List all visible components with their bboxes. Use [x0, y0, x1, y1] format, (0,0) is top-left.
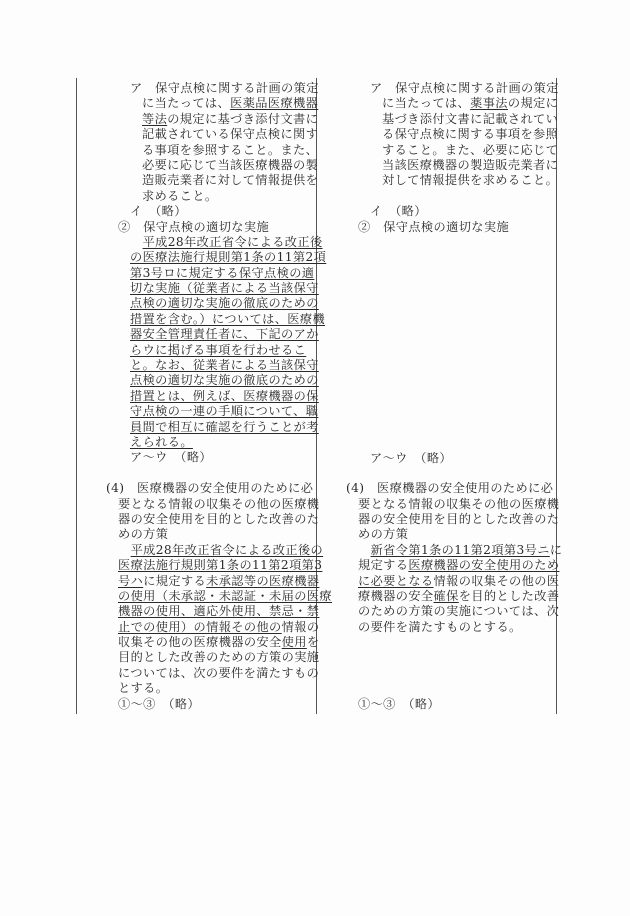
right-item-4-body-blank: [322, 635, 554, 697]
underlined-text: の使用（未承認・未認証・未届の医療: [118, 589, 332, 603]
left-item-4-body: 平成28年改正省令による改正後の医療法施行規則第1条の11第2項第3号ハに規定す…: [82, 543, 314, 697]
text-line: 第3号ロに規定する保守点検の適: [82, 266, 314, 281]
text-line: らウに掲げる事項を行わせるこ: [82, 343, 314, 358]
text-line: 員間で相互に確認を行うことが考: [82, 420, 314, 435]
text-run: (4) 医療機器の安全使用のために必: [346, 481, 553, 495]
text-run: に当たっては、: [382, 96, 470, 110]
text-line: すること。また、必要に応じて: [322, 143, 554, 158]
text-run: に規定する: [143, 574, 206, 588]
text-line: 点検の適切な実施の徹底のための: [82, 296, 314, 311]
text-line: る保守点検に関する事項を参照: [322, 127, 554, 142]
underlined-text: 措置を含む。）については、医療機: [130, 312, 325, 326]
text-run: を: [307, 635, 320, 649]
text-line: 基づき添付文書に記載されてい: [322, 112, 554, 127]
underlined-text: 医薬品医療機器: [230, 96, 318, 110]
text-run: 要となる情報の収集その他の医療機: [358, 497, 559, 511]
underlined-text: 第3号ロに規定する保守点検の適: [130, 266, 314, 280]
text-run: すること。また、必要に応じて: [382, 143, 558, 157]
underlined-text: 確保: [434, 589, 459, 603]
text-line: めの方策: [82, 527, 314, 542]
left-item-2-body: 平成28年改正省令による改正後の医療法施行規則第1条の11第2項第3号ロに規定す…: [82, 235, 314, 450]
text-run: については、次の要件を満たすもの: [118, 666, 319, 680]
underlined-text: に必要となる: [358, 574, 434, 588]
text-line: 器の安全使用を目的とした改善のた: [322, 512, 554, 527]
underlined-text: 機器の使用、適応外使用、禁忌・禁: [118, 604, 319, 618]
text-run: 要となる情報の収集その他の医療機: [118, 497, 319, 511]
underlined-text: 点検の適切な実施の徹底のための: [130, 296, 319, 310]
text-line: のための方策の実施については、次: [322, 604, 554, 619]
text-line: に必要となる情報の収集その他の医: [322, 574, 554, 589]
text-run: [358, 543, 371, 557]
right-item-2-heading: ② 保守点検の適切な実施: [322, 220, 554, 235]
text-line: 医療法施行規則第1条の11第2項第3: [82, 558, 314, 573]
text-run: [130, 235, 143, 249]
text-run: 療機器の安全: [358, 589, 434, 603]
text-line: とする。: [82, 681, 314, 696]
left-item-a-to-u: ア～ウ （略）: [82, 450, 314, 465]
text-run: に: [550, 543, 563, 557]
text-run: に当たっては、: [142, 96, 230, 110]
text-run: 必要に応じて当該医療機器の製: [142, 158, 318, 172]
text-line: については、次の要件を満たすもの: [82, 666, 314, 681]
text-line: 対して情報提供を求めること。: [322, 173, 554, 188]
text-line: る事項を参照すること。また、: [82, 143, 314, 158]
text-line: 切な実施（従業者による当該保守: [82, 281, 314, 296]
text-line: の要件を満たすものとする。: [322, 620, 554, 635]
left-item-4-heading: (4) 医療機器の安全使用のために必要となる情報の収集その他の医療機器の安全使用…: [82, 481, 314, 543]
underlined-text: の医療法施行規則第1条の11第2項: [130, 250, 326, 264]
text-line: 当該医療機器の製造販売業者に: [322, 158, 554, 173]
text-line: 要となる情報の収集その他の医療機: [82, 497, 314, 512]
left-item-1-to-3: ①～③ （略）: [82, 697, 314, 712]
text-run: (4) 医療機器の安全使用のために必: [106, 481, 313, 495]
text-line: 平成28年改正省令による改正後: [82, 235, 314, 250]
text-line: 要となる情報の収集その他の医療機: [322, 497, 554, 512]
text-line: 等法の規定に基づき添付文書に: [82, 112, 314, 127]
underlined-text: 点検の適切な実施の徹底のための: [130, 373, 319, 387]
spacer: [82, 466, 314, 481]
text-line: 機器の使用、適応外使用、禁忌・禁: [82, 604, 314, 619]
underlined-text: 医療機器の安全使用のため: [408, 558, 559, 572]
right-item-i: イ （略）: [322, 204, 554, 219]
right-item-4-heading: (4) 医療機器の安全使用のために必要となる情報の収集その他の医療機器の安全使用…: [322, 481, 554, 543]
text-run: 目的とした改善のための方策の実施: [118, 650, 319, 664]
left-item-a: ア 保守点検に関する計画の策定に当たっては、医薬品医療機器等法の規定に基づき添付…: [82, 81, 314, 204]
underlined-text: 等法: [142, 112, 167, 126]
right-column-current: ア 保守点検に関する計画の策定に当たっては、薬事法の規定に基づき添付文書に記載さ…: [322, 81, 554, 712]
text-run: 器の安全使用を目的とした改善のた: [358, 512, 559, 526]
left-column-revised: ア 保守点検に関する計画の策定に当たっては、医薬品医療機器等法の規定に基づき添付…: [82, 81, 314, 712]
underlined-text: 新省令第1条の11第2項第3号ニ: [371, 543, 550, 557]
text-run: ア 保守点検に関する計画の策定: [130, 81, 319, 95]
text-line: (4) 医療機器の安全使用のために必: [322, 481, 554, 496]
underlined-text: 号ハ: [118, 574, 143, 588]
text-line: 規定する医療機器の安全使用のため: [322, 558, 554, 573]
underlined-text: えられる。: [130, 435, 193, 449]
text-run: 情報の: [282, 620, 320, 634]
text-line: 平成28年改正省令による改正後の: [82, 543, 314, 558]
spacer: [322, 189, 554, 204]
right-item-a: ア 保守点検に関する計画の策定に当たっては、薬事法の規定に基づき添付文書に記載さ…: [322, 81, 554, 189]
text-run: [118, 543, 131, 557]
table-border-left: [76, 78, 77, 714]
underlined-text: 使用: [282, 635, 307, 649]
right-item-4-body: 新省令第1条の11第2項第3号ニに規定する医療機器の安全使用のために必要となる情…: [322, 543, 554, 635]
text-run: を目的とした改善: [459, 589, 560, 603]
text-line: 器の安全使用を目的とした改善のた: [82, 512, 314, 527]
underlined-text: 措置とは、例えば、医療機器の保: [130, 389, 319, 403]
underlined-text: 薬事法: [470, 96, 508, 110]
text-line: に当たっては、医薬品医療機器: [82, 96, 314, 111]
text-line: ア 保守点検に関する計画の策定: [322, 81, 554, 96]
text-run: の規定に基づき添付文書に: [167, 112, 318, 126]
text-line: (4) 医療機器の安全使用のために必: [82, 481, 314, 496]
text-run: ア 保守点検に関する計画の策定: [370, 81, 559, 95]
text-run: 造販売業者に対して情報提供を: [142, 173, 318, 187]
text-line: 療機器の安全確保を目的とした改善: [322, 589, 554, 604]
text-run: めの方策: [358, 527, 408, 541]
text-run: めの方策: [118, 527, 168, 541]
text-line: 目的とした改善のための方策の実施: [82, 650, 314, 665]
text-line: 器安全管理責任者に、下記のアか: [82, 327, 314, 342]
text-line: の医療法施行規則第1条の11第2項: [82, 250, 314, 265]
text-run: の要件を満たすものとする。: [358, 620, 522, 634]
text-line: 求めること。: [82, 189, 314, 204]
underlined-text: らウに掲げる事項を行わせるこ: [130, 343, 306, 357]
left-item-2-heading: ② 保守点検の適切な実施: [82, 220, 314, 235]
text-line: 収集その他の医療機器の安全使用を: [82, 635, 314, 650]
underlined-text: 器安全管理責任者に、下記のアか: [130, 327, 319, 341]
underlined-text: 守点検の一連の手順について、職: [130, 404, 318, 418]
underlined-text: 未承認等の医療機器: [206, 574, 319, 588]
text-line: えられる。: [82, 435, 314, 450]
left-item-i: イ （略）: [82, 204, 314, 219]
text-run: 記載されている保守点検に関す: [142, 127, 318, 141]
text-line: 必要に応じて当該医療機器の製: [82, 158, 314, 173]
underlined-text: 平成28年改正省令による改正後: [143, 235, 323, 249]
text-line: 記載されている保守点検に関す: [82, 127, 314, 142]
text-run: 規定する: [358, 558, 408, 572]
text-line: と。なお、従業者による当該保守: [82, 358, 314, 373]
text-line: 措置を含む。）については、医療機: [82, 312, 314, 327]
text-run: 器の安全使用を目的とした改善のた: [118, 512, 319, 526]
text-line: 点検の適切な実施の徹底のための: [82, 373, 314, 388]
text-run: 求めること。: [142, 189, 218, 203]
text-line: 造販売業者に対して情報提供を: [82, 173, 314, 188]
text-line: 措置とは、例えば、医療機器の保: [82, 389, 314, 404]
text-run: 基づき添付文書に記載されてい: [382, 112, 558, 126]
text-run: 対して情報提供を求めること。: [382, 173, 558, 187]
text-line: の使用（未承認・未認証・未届の医療: [82, 589, 314, 604]
text-line: に当たっては、薬事法の規定に: [322, 96, 554, 111]
text-line: 新省令第1条の11第2項第3号ニに: [322, 543, 554, 558]
text-line: 守点検の一連の手順について、職: [82, 404, 314, 419]
right-item-1-to-3: ①～③ （略）: [322, 697, 554, 712]
underlined-text: 員間で相互に確認を行うことが考: [130, 420, 319, 434]
spacer: [322, 466, 554, 481]
text-line: めの方策: [322, 527, 554, 542]
text-run: 情報の収集その他の医: [434, 574, 560, 588]
underlined-text: 切な実施（従業者による当該保守: [130, 281, 319, 295]
text-run: の規定に: [508, 96, 558, 110]
right-item-2-body-blank: [322, 235, 554, 451]
text-run: のための方策の実施については、次: [358, 604, 559, 618]
underlined-text: 止での使用）の情報その他の: [118, 620, 282, 634]
text-line: 止での使用）の情報その他の情報の: [82, 620, 314, 635]
text-line: ア 保守点検に関する計画の策定: [82, 81, 314, 96]
right-item-a-to-u: ア～ウ （略）: [322, 451, 554, 466]
underlined-text: 医療法施行規則第1条の11第2項第3: [118, 558, 322, 572]
text-run: る保守点検に関する事項を参照: [382, 127, 558, 141]
text-line: 号ハに規定する未承認等の医療機器: [82, 574, 314, 589]
text-run: 当該医療機器の製造販売業者に: [382, 158, 558, 172]
text-run: 収集その他の医療機器の安全: [118, 635, 282, 649]
text-run: る事項を参照すること。また、: [142, 143, 318, 157]
text-run: とする。: [118, 681, 168, 695]
underlined-text: と。なお、従業者による当該保守: [130, 358, 319, 372]
underlined-text: 平成28年改正省令による改正後の: [131, 543, 324, 557]
